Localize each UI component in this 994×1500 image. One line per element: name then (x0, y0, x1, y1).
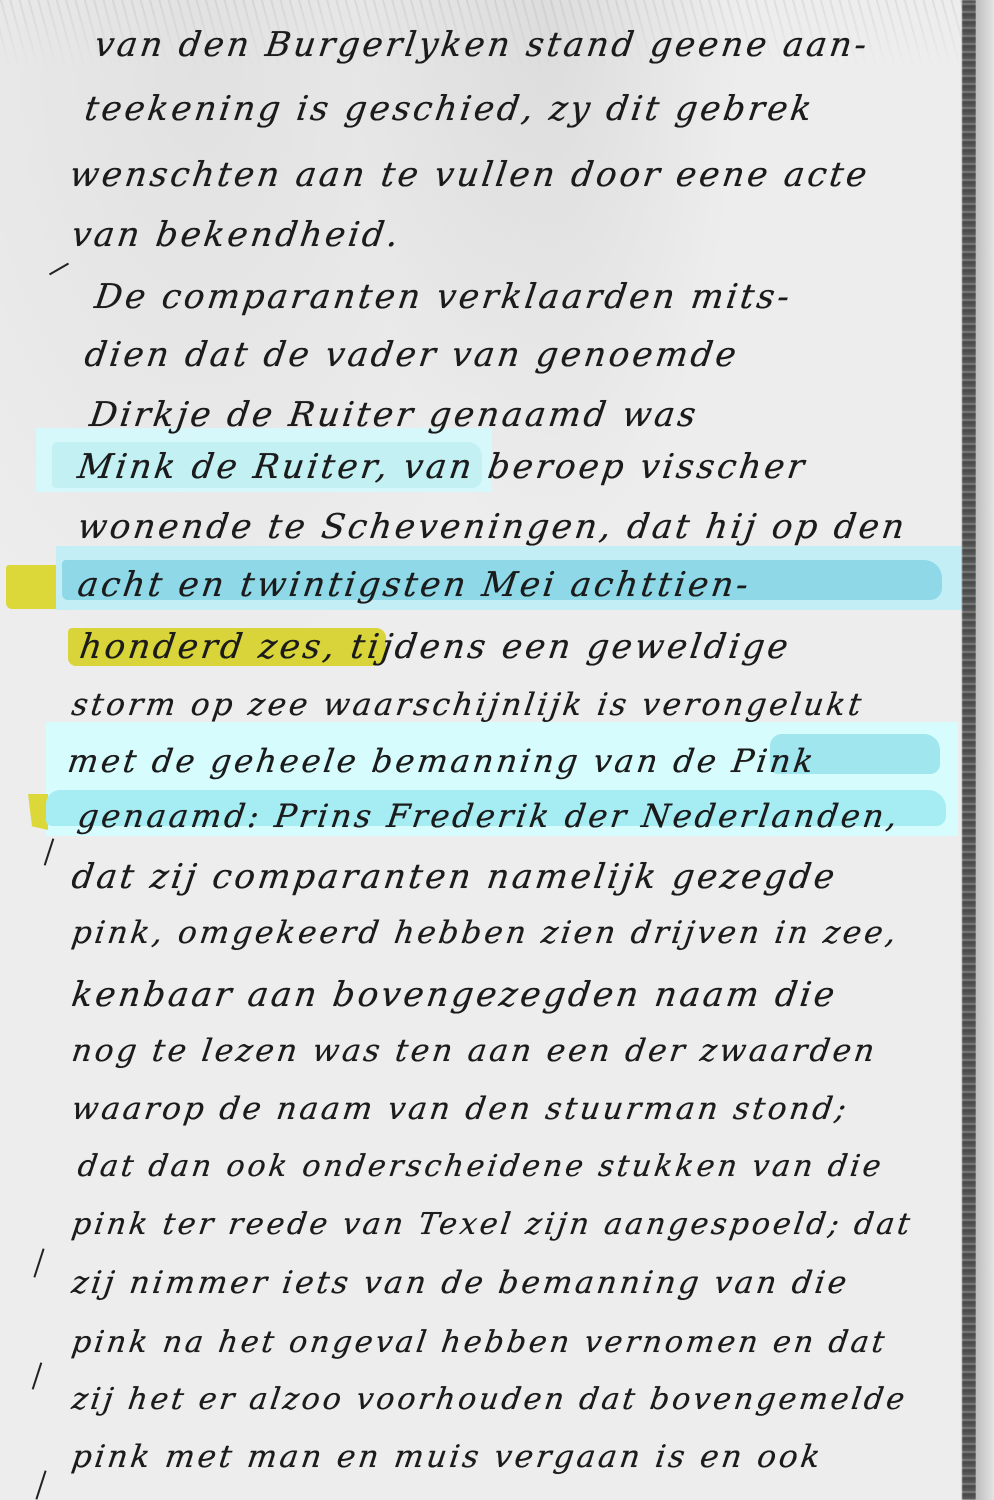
margin-mark (32, 1362, 43, 1389)
page-binding-edge (962, 0, 976, 1500)
margin-mark (35, 1470, 46, 1499)
text-line-highlighted: met de geheele bemanning van de Pink (66, 745, 960, 777)
text-line: storm op zee waarschijnlijk is verongelu… (70, 690, 964, 721)
text-line: dat dan ook onderscheidene stukken van d… (76, 1152, 970, 1182)
scanned-page: van den Burgerlyken stand geene aan- tee… (0, 0, 994, 1500)
text-line: van den Burgerlyken stand geene aan- (93, 28, 988, 62)
highlight-yellow-tab (6, 565, 58, 609)
text-line: De comparanten verklaarden mits- (93, 280, 988, 314)
text-line: zij nimmer iets van de bemanning van die (70, 1268, 964, 1299)
text-line: pink ter reede van Texel zijn aangespoel… (70, 1210, 964, 1240)
margin-mark (44, 838, 55, 865)
text-line: zij het er alzoo voorhouden dat bovengem… (70, 1385, 964, 1415)
text-line: wonende te Scheveningen, dat hij op den (76, 510, 971, 544)
text-line: pink na het ongeval hebben vernomen en d… (70, 1328, 964, 1358)
text-line: van bekendheid. (70, 218, 965, 252)
margin-mark (33, 1248, 44, 1277)
page-gutter (976, 0, 994, 1500)
text-line: Dirkje de Ruiter genaamd was (88, 398, 983, 432)
text-line: pink met man en muis vergaan is en ook (70, 1442, 964, 1473)
text-line: waarop de naam van den stuurman stond; (70, 1094, 964, 1125)
text-line: dat zij comparanten namelijk gezegde (70, 860, 965, 894)
text-line-highlighted: genaamd: Prins Frederik der Nederlanden, (76, 800, 970, 832)
text-line: pink, omgekeerd hebben zien drijven in z… (70, 918, 964, 949)
text-line-highlighted: acht en twintigsten Mei achttien- (76, 568, 971, 602)
text-line: wenschten aan te vullen door eene acte (68, 158, 963, 192)
text-line: dien dat de vader van genoemde (83, 338, 978, 372)
margin-mark (49, 263, 69, 276)
text-line-highlighted: honderd zes, tijdens een geweldige (78, 630, 973, 664)
text-line-highlighted: Mink de Ruiter, van beroep visscher (76, 450, 971, 484)
text-line: kenbaar aan bovengezegden naam die (70, 978, 965, 1012)
highlight-yellow-tab (28, 794, 48, 830)
text-line: teekening is geschied, zy dit gebrek (83, 92, 978, 126)
text-line: nog te lezen was ten aan een der zwaarde… (70, 1036, 964, 1067)
